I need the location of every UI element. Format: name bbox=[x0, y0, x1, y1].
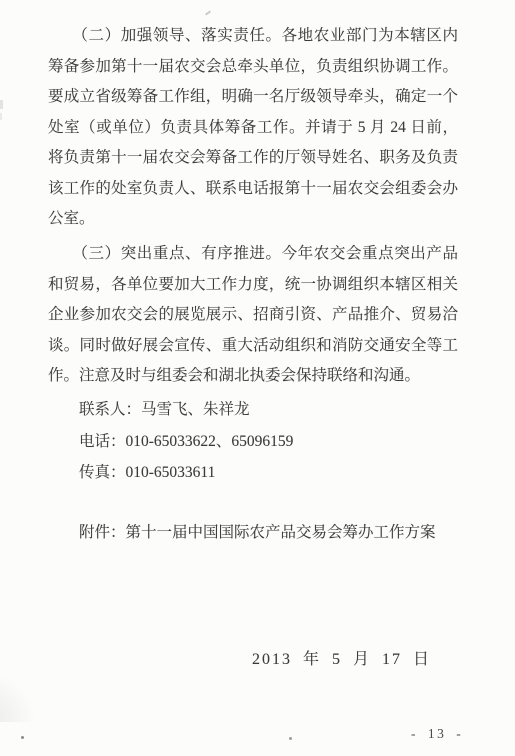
contact-person-line: 联系人：马雪飞、朱祥龙 bbox=[48, 394, 458, 426]
scanned-document-page: （二）加强领导、落实责任。各地农业部门为本辖区内 筹备参加第十一届农交会总牵头单… bbox=[0, 0, 515, 756]
text-line: （二）加强领导、落实责任。各地农业部门为本辖区内 bbox=[48, 21, 458, 52]
scan-artifact bbox=[0, 100, 3, 109]
document-date: 2013 年 5 月 17 日 bbox=[252, 646, 431, 669]
scan-artifact bbox=[205, 10, 211, 15]
text-line: 企业参加农交会的展览展示、招商引资、产品推介、贸易洽 bbox=[48, 300, 458, 331]
text-line: 将负责第十一届农交会筹备工作的厅领导姓名、职务及负责 bbox=[48, 143, 458, 174]
contact-phone-line: 电话：010-65033622、65096159 bbox=[48, 426, 458, 458]
text-line: 和贸易，各单位要加大工作力度，统一协调组织本辖区相关 bbox=[48, 270, 458, 301]
paragraph-2: （二）加强领导、落实责任。各地农业部门为本辖区内 筹备参加第十一届农交会总牵头单… bbox=[48, 21, 458, 235]
paragraph-3: （三）突出重点、有序推进。今年农交会重点突出产品 和贸易，各单位要加大工作力度，… bbox=[48, 239, 458, 392]
text-line: 该工作的处室负责人、联系电话报第十一届农交会组委会办 bbox=[48, 174, 458, 205]
text-line: （三）突出重点、有序推进。今年农交会重点突出产品 bbox=[48, 239, 458, 270]
text-line: 公室。 bbox=[48, 204, 458, 235]
contact-fax-line: 传真：010-65033611 bbox=[48, 457, 458, 489]
text-line: 作。注意及时与组委会和湖北执委会保持联络和沟通。 bbox=[48, 361, 458, 392]
scan-artifact bbox=[0, 672, 36, 722]
text-line: 处室（或单位）负责具体筹备工作。并请于 5 月 24 日前， bbox=[48, 113, 458, 144]
text-line: 筹备参加第十一届农交会总牵头单位，负责组织协调工作。 bbox=[48, 52, 458, 83]
page-number: - 13 - bbox=[411, 726, 463, 742]
text-line: 要成立省级筹备工作组，明确一名厅级领导牵头，确定一个 bbox=[48, 82, 458, 113]
text-line: 谈。同时做好展会宣传、重大活动组织和消防交通安全等工 bbox=[48, 331, 458, 362]
scan-artifact bbox=[289, 737, 292, 740]
scan-artifact bbox=[0, 113, 2, 120]
scan-artifact bbox=[21, 736, 24, 739]
contact-block: 联系人：马雪飞、朱祥龙 电话：010-65033622、65096159 传真：… bbox=[48, 394, 458, 489]
attachment-line: 附件：第十一届中国国际农产品交易会筹办工作方案 bbox=[48, 517, 478, 548]
